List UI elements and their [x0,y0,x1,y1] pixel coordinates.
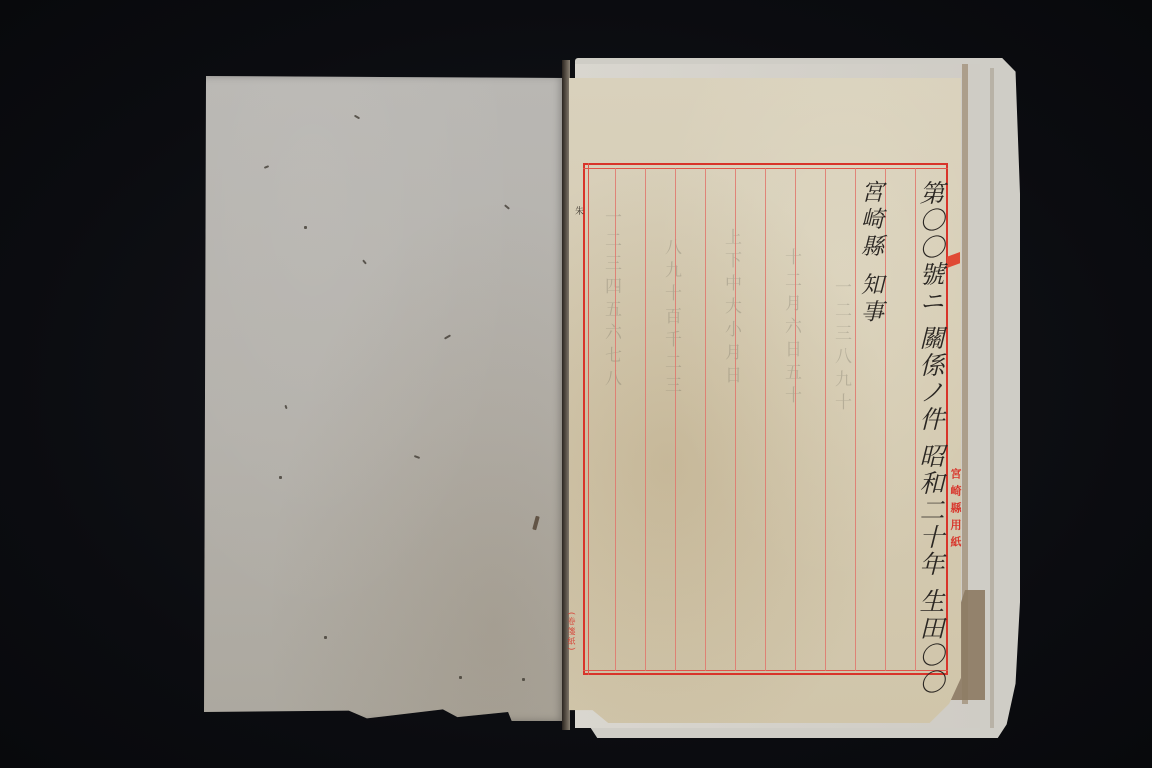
printed-fold-text: 宮崎縣用紙 [948,468,962,553]
page-stack-edge-outer [990,68,994,728]
column-rule [675,168,676,671]
column-rule [855,168,856,671]
paper-fiber [459,676,462,679]
left-blank-page [204,76,566,721]
printed-margin-text: (卷箋紙) [563,612,577,652]
column-rule [615,168,616,671]
handwritten-line-1: 第〇〇號ニ 關係ノ件 昭和二十年 生田〇〇 [915,180,945,696]
paper-fiber [279,476,282,479]
column-rule [795,168,796,671]
paper-fiber [444,334,451,339]
paper-fiber [304,226,307,229]
column-rule [765,168,766,671]
column-rule [705,168,706,671]
paper-fiber [264,165,269,169]
paper-fiber [362,259,367,264]
paper-fiber [522,678,525,681]
paper-fiber [284,405,287,409]
column-rule [645,168,646,671]
column-rule [885,168,886,671]
margin-mark: 朱 [575,204,584,217]
paper-fiber [324,636,327,639]
paper-fiber [504,204,510,209]
paper-stain [532,516,539,531]
paper-fiber [414,455,420,459]
paper-fiber [354,115,360,120]
column-rule [735,168,736,671]
ruled-line-left-inner [588,163,589,675]
handwritten-line-2: 宮崎縣 知事 [857,180,883,326]
column-rule [825,168,826,671]
